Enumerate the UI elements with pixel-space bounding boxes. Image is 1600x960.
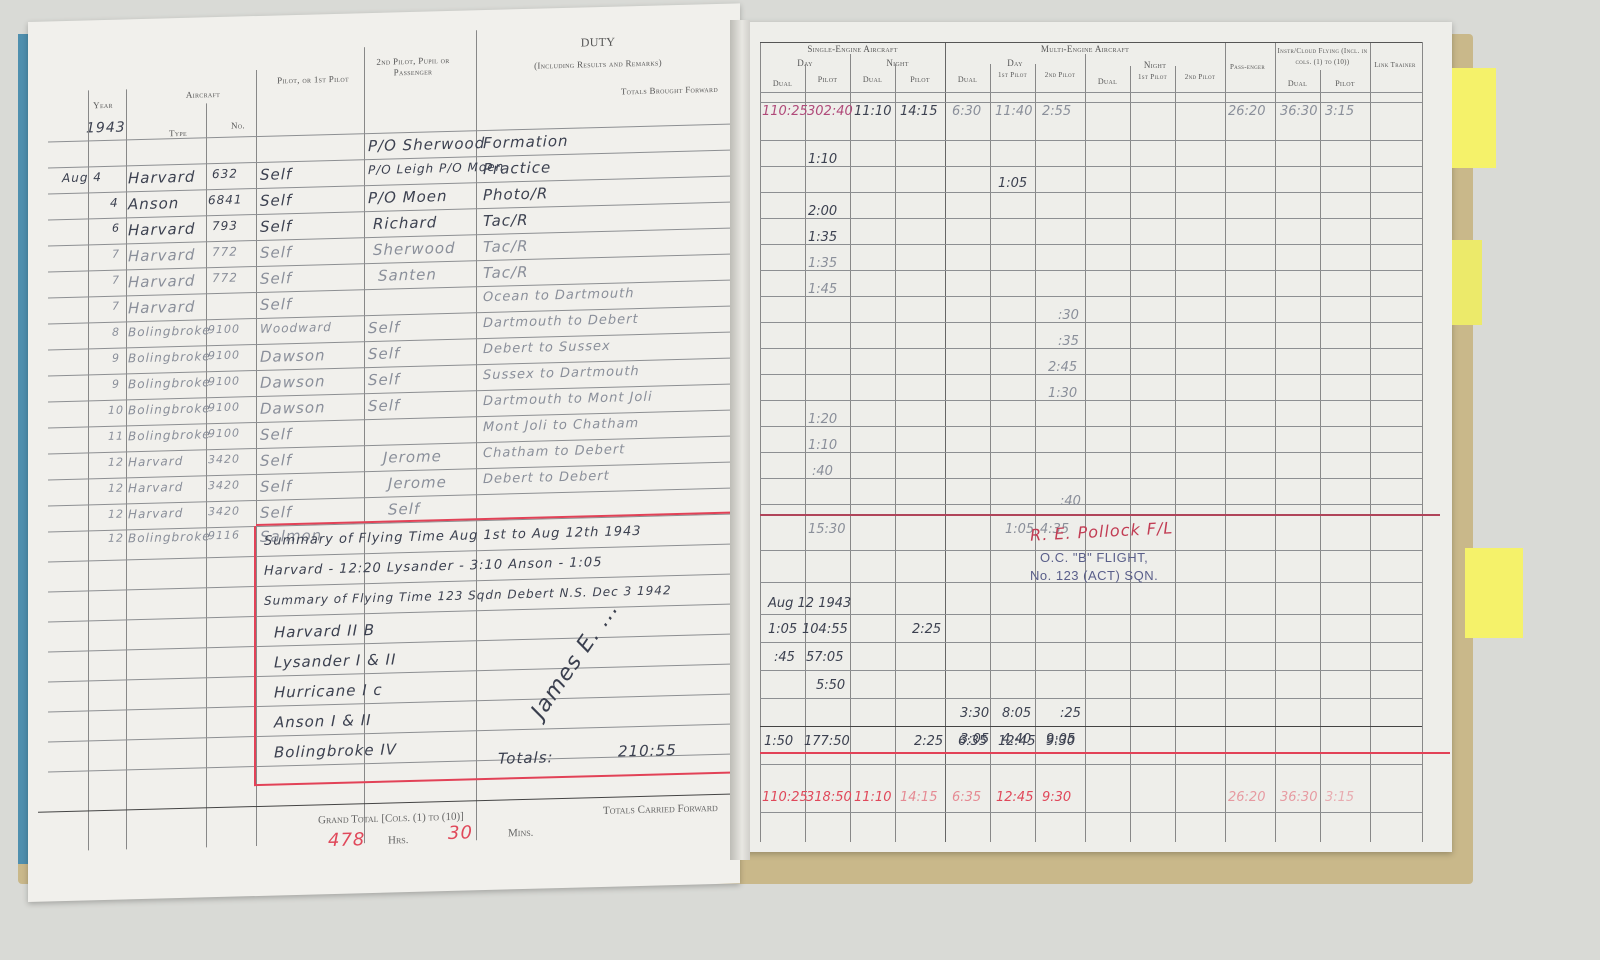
- entry-no: 3420: [208, 478, 240, 492]
- entry-no: 9100: [208, 374, 240, 388]
- totals-label: Totals:: [498, 748, 554, 767]
- entry-date: 4: [110, 196, 119, 210]
- entry-no: 6841: [208, 192, 243, 207]
- sticky-tab-2[interactable]: [1452, 240, 1482, 325]
- summary-cell: :25: [1060, 706, 1081, 721]
- link-trainer-header: Link Trainer: [1370, 60, 1420, 71]
- entry-duty: Sussex to Dartmouth: [483, 364, 640, 383]
- no-header: No.: [218, 120, 258, 132]
- pilot-header: Pilot, or 1st Pilot: [273, 73, 353, 86]
- year-header: Year: [83, 100, 123, 112]
- time-cell: 2:45: [1048, 360, 1077, 375]
- summary-date: Aug 12 1943: [768, 596, 851, 611]
- time-cell: :35: [1058, 334, 1079, 349]
- entry-duty: Chatham to Debert: [483, 442, 625, 461]
- col-passenger-11: Pass-enger: [1225, 62, 1270, 73]
- entry-type: Anson: [128, 194, 179, 213]
- entry-pilot: Woodward: [260, 320, 332, 336]
- entry-pilot: Self: [260, 243, 292, 262]
- entry-no: 3420: [208, 504, 240, 518]
- summary-cell: 57:05: [806, 650, 843, 665]
- time-cell: 2:00: [808, 204, 837, 219]
- entry-no: 9100: [208, 426, 240, 440]
- summary-cell: 2:25: [912, 622, 941, 637]
- entry-type: Harvard: [128, 298, 195, 318]
- entry-duty: Debert to Sussex: [483, 339, 611, 357]
- book-gutter: [730, 20, 750, 860]
- col-pilot-13: Pilot: [1320, 78, 1370, 89]
- summary-cell: 5:50: [816, 678, 845, 693]
- totals-brought-forward: Totals Brought Forward: [548, 84, 718, 99]
- col-2nd-pilot-10: 2nd Pilot: [1175, 72, 1225, 83]
- summary-aircraft: Lysander I & II: [274, 650, 396, 671]
- summary-aircraft: Anson I & II: [274, 711, 372, 732]
- entry-type: Harvard: [128, 506, 183, 521]
- summary-cell: 3:30: [960, 706, 989, 721]
- bf-col-5: 6:30: [952, 104, 981, 119]
- summary-line-2: Harvard - 12:20 Lysander - 3:10 Anson - …: [264, 555, 602, 579]
- entry-duty: Dartmouth to Mont Joli: [483, 390, 653, 409]
- cf-col-4: 14:15: [900, 790, 937, 805]
- col-pilot-2: Pilot: [805, 74, 850, 85]
- summary-cell: 104:55: [802, 622, 848, 637]
- entry-date: Aug 4: [62, 170, 102, 185]
- cf-col-14: 3:15: [1325, 790, 1354, 805]
- entry-no: 9116: [208, 528, 240, 542]
- entry-duty: Ocean to Dartmouth: [483, 286, 635, 305]
- year-value: 1943: [86, 119, 126, 136]
- entry-type: Bolingbroke: [128, 529, 211, 545]
- entry-pilot: Self: [260, 451, 292, 470]
- me-day-header: Day: [945, 58, 1085, 69]
- entry-pilot: Self: [260, 191, 292, 210]
- entry-pilot: Self: [260, 295, 292, 314]
- entry-no: 772: [212, 245, 238, 260]
- entry-second-pilot: Self: [368, 370, 400, 389]
- totals-col-5: 6:35: [958, 734, 987, 749]
- col-dual-5: Dual: [945, 74, 990, 85]
- bf-col-2: 302:40: [807, 104, 853, 119]
- time-cell: 1:20: [808, 412, 837, 427]
- entry-duty: Tac/R: [483, 211, 529, 230]
- time-cell: 1:30: [1048, 386, 1077, 401]
- entry-second-pilot: P/O Sherwood: [368, 134, 485, 155]
- grand-total-label: Grand Total [Cols. (1) to (10)]: [318, 811, 464, 827]
- entry-date: 9: [112, 378, 120, 391]
- entry-second-pilot: Jerome: [388, 473, 447, 493]
- hours-label: Hrs.: [388, 834, 408, 847]
- summary-cell: :45: [774, 650, 795, 665]
- entry-no: 3420: [208, 452, 240, 466]
- col-dual-1: Dual: [760, 78, 805, 89]
- entry-type: Harvard: [128, 246, 195, 266]
- entry-no: 9100: [208, 322, 240, 336]
- col-dual-8: Dual: [1085, 76, 1130, 87]
- summary-cell: 8:05: [1002, 706, 1031, 721]
- cf-col-1: 110:25: [762, 790, 808, 805]
- duty-subheader: (Including Results and Remarks): [483, 56, 713, 73]
- entry-date: 12: [108, 531, 124, 544]
- time-cell: :30: [1058, 308, 1079, 323]
- time-cell: 1:10: [808, 438, 837, 453]
- entry-date: 12: [108, 481, 124, 494]
- entry-second-pilot: Self: [368, 318, 400, 337]
- entry-date: 9: [112, 352, 120, 365]
- totals-value: 210:55: [618, 741, 677, 761]
- cf-col-13: 36:30: [1280, 790, 1317, 805]
- cf-col-12: 26:20: [1228, 790, 1265, 805]
- totals-carried-forward: Totals Carried Forward: [603, 802, 718, 817]
- time-cell: 1:35: [808, 230, 837, 245]
- entry-no: 793: [212, 219, 238, 234]
- entry-date: 7: [112, 300, 120, 313]
- entry-type: Bolingbroke: [128, 323, 211, 339]
- entry-second-pilot: Self: [368, 344, 400, 363]
- entry-date: 8: [112, 326, 120, 339]
- stamp-line-1: O.C. "B" FLIGHT,: [1040, 550, 1148, 565]
- entry-second-pilot: Jerome: [383, 447, 442, 467]
- duty-header: DUTY: [483, 34, 713, 51]
- bf-col-4: 14:15: [900, 104, 937, 119]
- entry-duty: Formation: [483, 132, 569, 152]
- entry-second-pilot: P/O Moen: [368, 187, 448, 207]
- entry-duty: Tac/R: [483, 237, 529, 256]
- cf-col-3: 11:10: [854, 790, 891, 805]
- summary-aircraft: Hurricane I c: [274, 681, 383, 702]
- col-dual-3: Dual: [850, 74, 895, 85]
- instrument-header: Instr/Cloud Flying (Incl. in cols. (1) t…: [1275, 46, 1370, 68]
- entry-type: Harvard: [128, 480, 183, 495]
- entry-duty: Mont Joli to Chatham: [483, 416, 639, 435]
- entry-date: 6: [112, 222, 120, 235]
- bf-col-1: 110:25: [762, 104, 808, 119]
- entry-type: Bolingbroke: [128, 427, 211, 443]
- entry-second-pilot: Sherwood: [373, 239, 456, 259]
- cf-col-5: 6:35: [952, 790, 981, 805]
- entry-duty: Photo/R: [483, 184, 548, 204]
- entry-type: Bolingbroke: [128, 349, 211, 365]
- entry-no: 9100: [208, 348, 240, 362]
- entry-date: 7: [112, 274, 120, 287]
- totals-col-2: 177:50: [804, 734, 850, 749]
- entry-type: Harvard: [128, 168, 195, 188]
- entry-type: Bolingbroke: [128, 375, 211, 391]
- time-cell: :40: [1060, 494, 1081, 509]
- red-rule-bottom: [254, 771, 738, 786]
- entry-type: Bolingbroke: [128, 401, 211, 417]
- entry-second-pilot: Richard: [373, 213, 437, 233]
- cf-col-2: 318:50: [806, 790, 852, 805]
- sticky-tab-1[interactable]: [1452, 68, 1496, 168]
- entry-type: Harvard: [128, 272, 195, 292]
- mins-label: Mins.: [508, 827, 533, 840]
- entry-date: 10: [108, 403, 124, 416]
- time-cell: 1:05: [998, 176, 1027, 191]
- entry-duty: Tac/R: [483, 263, 529, 282]
- time-cell: 1:10: [808, 152, 837, 167]
- bf-col-12: 26:20: [1228, 104, 1265, 119]
- entry-pilot: Self: [260, 503, 292, 522]
- entry-date: 7: [112, 248, 120, 261]
- grand-total-hours: 478: [328, 829, 365, 851]
- summary-cell: 1:05: [768, 622, 797, 637]
- entry-type: Harvard: [128, 220, 195, 240]
- subtotal-col-2: 15:30: [808, 522, 845, 537]
- entry-no: 632: [212, 167, 238, 182]
- bf-col-13: 36:30: [1280, 104, 1317, 119]
- entry-second-pilot: Self: [368, 396, 400, 415]
- entry-pilot: Self: [260, 477, 292, 496]
- red-box-left: [254, 526, 256, 786]
- entry-duty: Debert to Debert: [483, 469, 610, 487]
- entry-second-pilot: Santen: [378, 265, 437, 285]
- col-1st-pilot-6: 1st Pilot: [990, 70, 1035, 81]
- entry-second-pilot: Self: [388, 500, 420, 519]
- col-pilot-4: Pilot: [895, 74, 945, 85]
- sticky-tab-3[interactable]: [1465, 548, 1523, 638]
- col-2nd-pilot-7: 2nd Pilot: [1035, 70, 1085, 81]
- entry-pilot: Self: [260, 425, 292, 444]
- bf-col-6: 11:40: [995, 104, 1032, 119]
- left-page: Year 1943 Aircraft Type No. Pilot, or 1s…: [28, 3, 740, 902]
- entry-pilot: Dawson: [260, 346, 326, 366]
- stamp-line-2: No. 123 (ACT) SQN.: [1030, 568, 1158, 583]
- col-dual-12: Dual: [1275, 78, 1320, 89]
- right-page: Single-Engine Aircraft Multi-Engine Airc…: [740, 22, 1452, 852]
- totals-col-6: 12:45: [998, 734, 1035, 749]
- entry-no: 9100: [208, 400, 240, 414]
- entry-pilot: Dawson: [260, 372, 326, 392]
- se-night-header: Night: [850, 58, 945, 69]
- totals-col-1: 1:50: [764, 734, 793, 749]
- entry-date: 12: [108, 507, 124, 520]
- time-cell: 1:45: [808, 282, 837, 297]
- entry-duty: Practice: [483, 158, 551, 178]
- entry-list: P/O Sherwood Formation Aug 4 Harvard 632…: [28, 3, 740, 22]
- entry-type: Harvard: [128, 454, 183, 469]
- summary-aircraft: Bolingbroke IV: [274, 740, 397, 761]
- totals-col-7: 9:30: [1046, 734, 1075, 749]
- summary-aircraft: Harvard II B: [274, 621, 375, 642]
- entry-pilot: Dawson: [260, 398, 326, 418]
- entry-no: 772: [212, 271, 238, 286]
- time-cell: 1:35: [808, 256, 837, 271]
- entry-duty: Dartmouth to Debert: [483, 312, 639, 331]
- col-1st-pilot-9: 1st Pilot: [1130, 72, 1175, 83]
- me-night-header: Night: [1085, 60, 1225, 71]
- cf-col-7: 9:30: [1042, 790, 1071, 805]
- entry-date: 11: [108, 429, 124, 442]
- cf-col-6: 12:45: [996, 790, 1033, 805]
- grand-total-mins: 30: [448, 822, 473, 844]
- single-engine-header: Single-Engine Aircraft: [760, 44, 945, 55]
- entry-pilot: Self: [260, 217, 292, 236]
- time-cell: :40: [812, 464, 833, 479]
- entry-date: 12: [108, 455, 124, 468]
- entry-pilot: Self: [260, 269, 292, 288]
- aircraft-header: Aircraft: [138, 88, 268, 102]
- totals-col-4: 2:25: [914, 734, 943, 749]
- bf-col-3: 11:10: [854, 104, 891, 119]
- bf-col-14: 3:15: [1325, 104, 1354, 119]
- summary-block: Summary of Flying Time Aug 1st to Aug 12…: [28, 3, 740, 22]
- second-pilot-header: 2nd Pilot, Pupil or Passenger: [363, 55, 463, 80]
- signature: James E. ...: [526, 597, 623, 723]
- entry-pilot: Self: [260, 165, 292, 184]
- bf-col-7: 2:55: [1042, 104, 1071, 119]
